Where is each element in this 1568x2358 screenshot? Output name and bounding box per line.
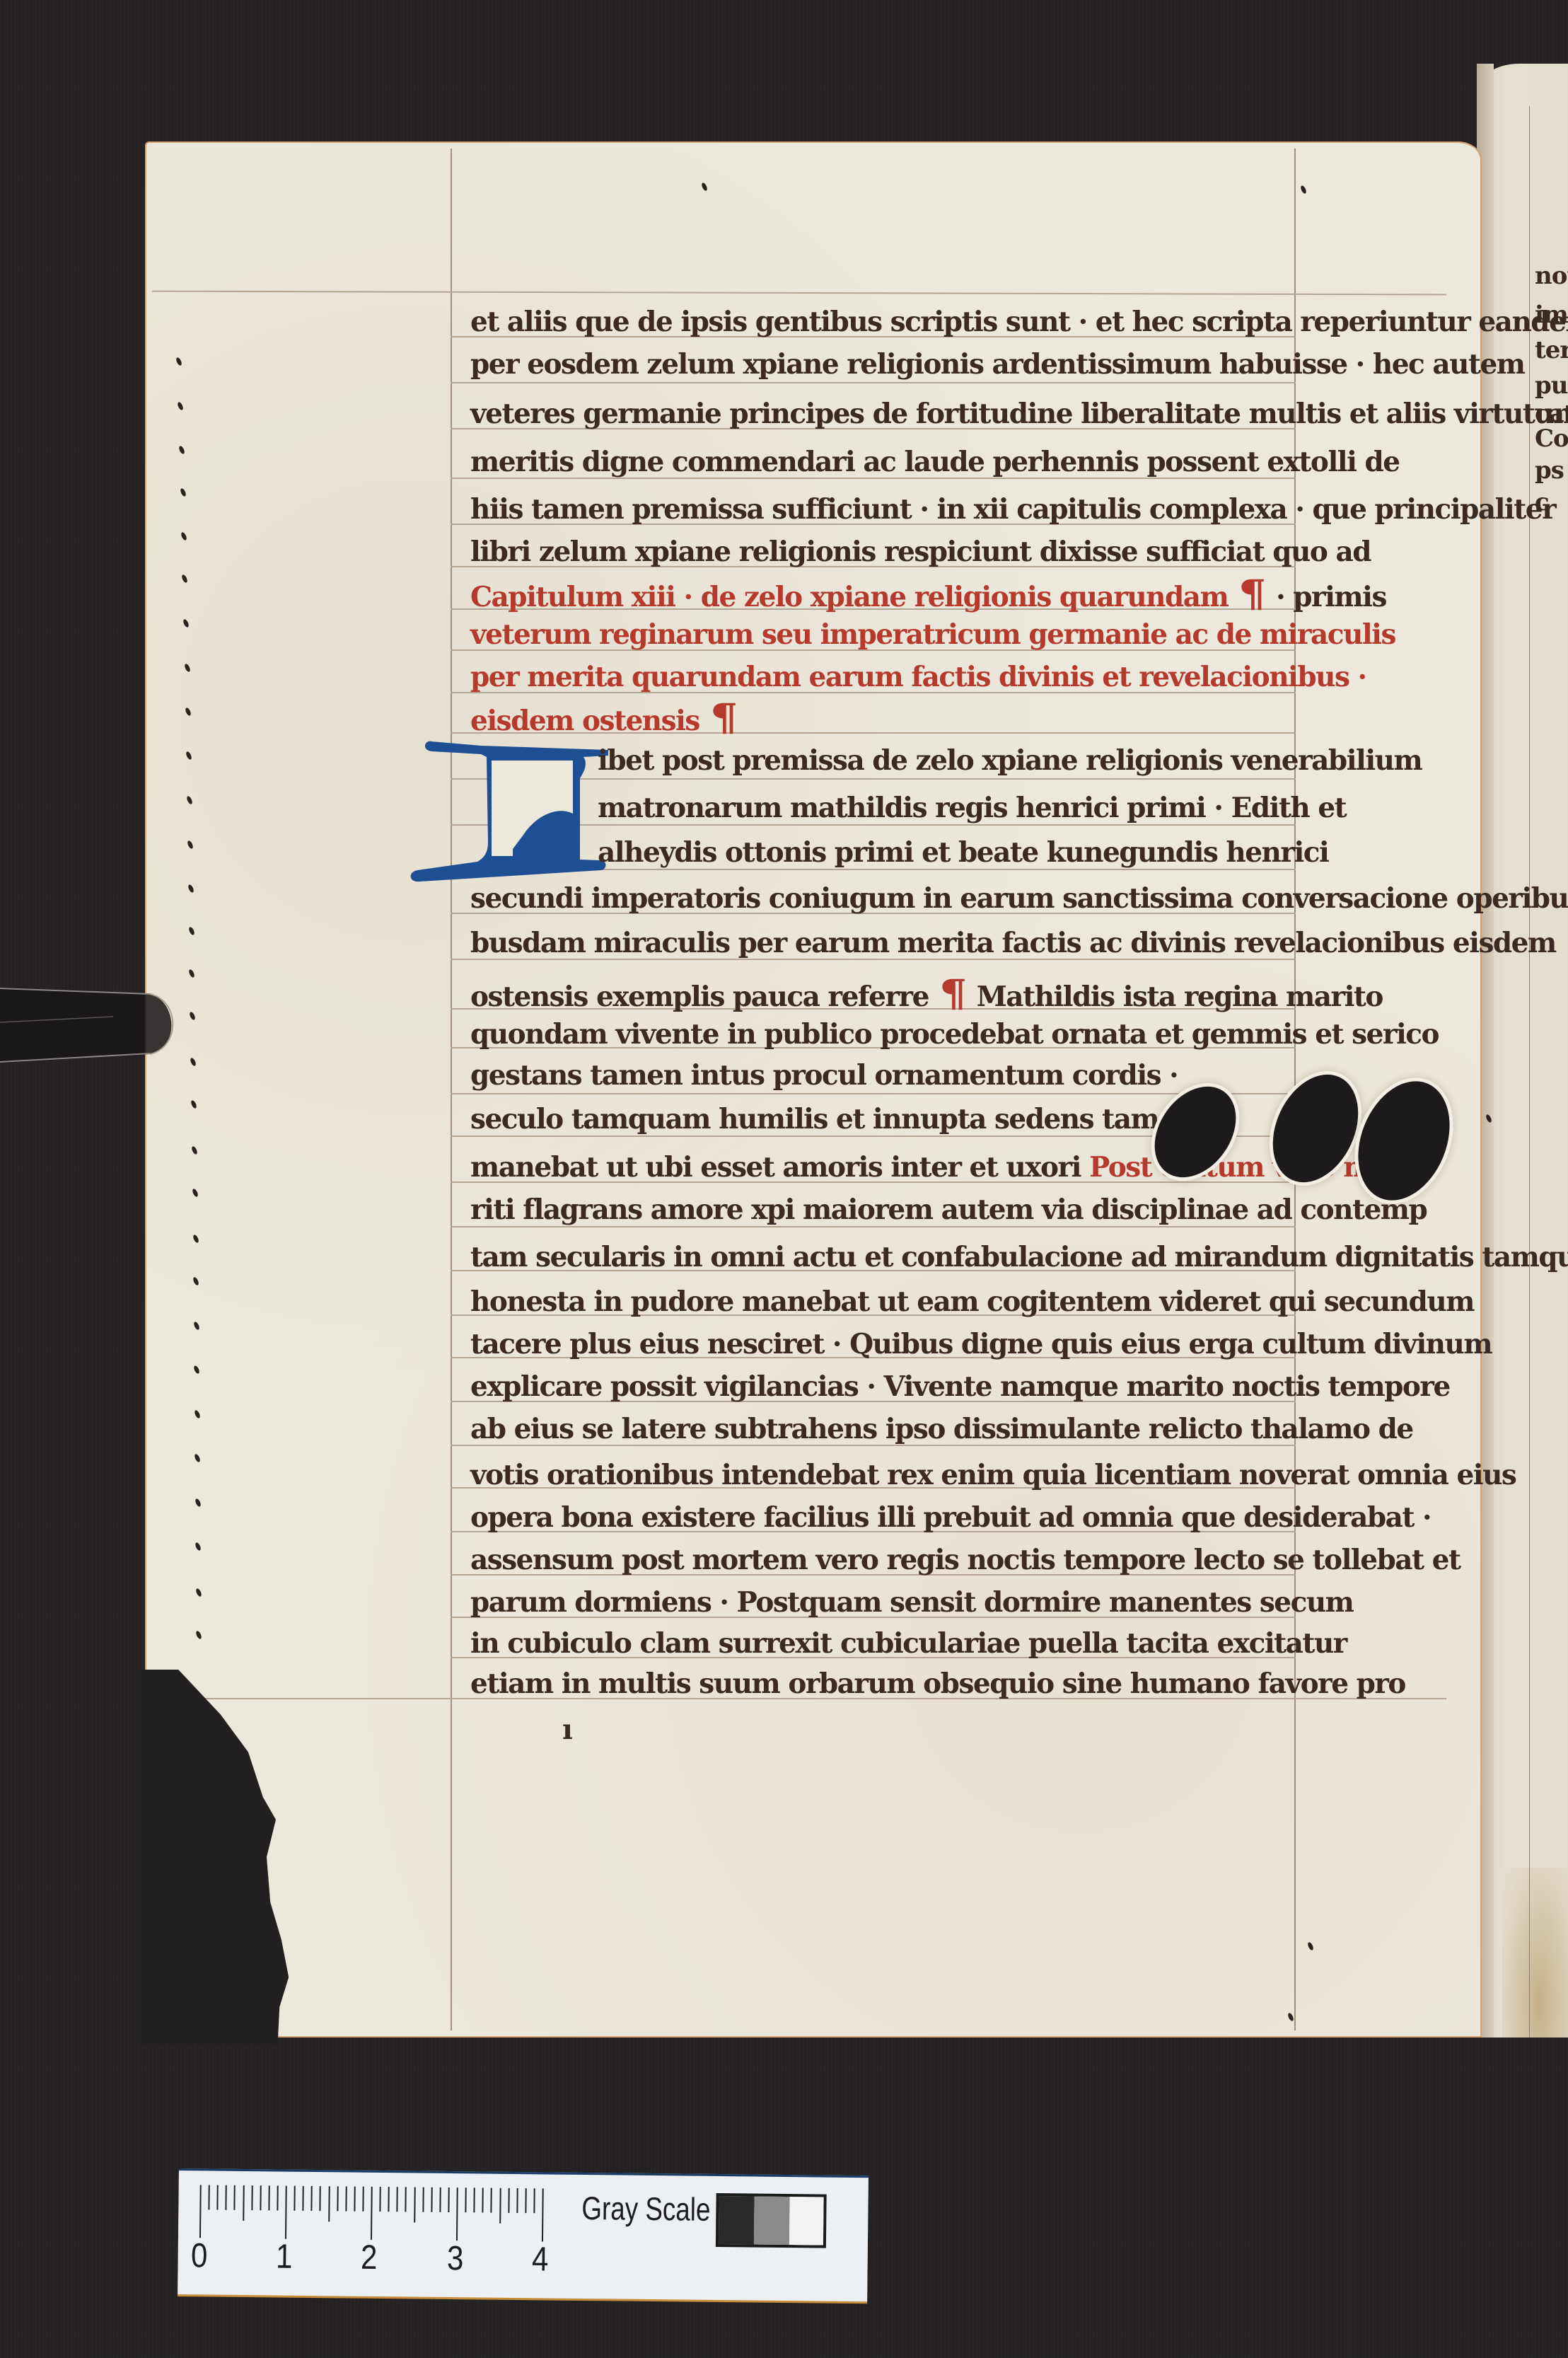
ruler-tick <box>448 2187 449 2212</box>
text-segment: Mathildis ista regina marito <box>977 981 1383 1013</box>
color-calibration-target: 0 1 2 3 4 Gray Scale <box>178 2168 869 2301</box>
paragraph-mark-icon: ¶ <box>939 976 966 1012</box>
text-line: busdam miraculis per earum merita factis… <box>470 925 1340 961</box>
paragraph-mark-icon: ¶ <box>710 700 737 736</box>
ruler-tick <box>294 2186 295 2211</box>
ruler-tick <box>431 2187 432 2212</box>
ruler-tick <box>465 2187 466 2212</box>
text-line: ab eius se latere subtrahens ipso dissim… <box>470 1411 1340 1447</box>
line-ruling <box>451 1093 1296 1094</box>
text-line: libri zelum xpiane religionis respiciunt… <box>470 534 1340 570</box>
ruler-tick <box>533 2188 535 2213</box>
ruler-tick <box>260 2185 261 2210</box>
text-line: tam secularis in omni actu et confabulac… <box>470 1239 1340 1275</box>
facing-fragment: ps <box>1535 456 1564 485</box>
ruler-tick <box>277 2185 278 2210</box>
ruler-tick <box>422 2187 424 2212</box>
ruler-tick <box>285 2186 287 2239</box>
ruler-tick <box>328 2186 330 2221</box>
text-line: riti flagrans amore xpi maiorem autem vi… <box>470 1192 1340 1227</box>
ruler-tick <box>371 2187 373 2240</box>
ruler-tick <box>516 2188 518 2213</box>
ruler-tick <box>405 2187 407 2212</box>
text-line: secundi imperatoris coniugum in earum sa… <box>470 881 1340 916</box>
text-line: ibet post premissa de zelo xpiane religi… <box>598 743 1340 778</box>
ruler-tick <box>303 2186 304 2211</box>
text-line: seculo tamquam humilis et innupta sedens… <box>470 1102 1163 1137</box>
ruler-tick <box>456 2187 458 2241</box>
ruler-tick <box>491 2188 492 2213</box>
rubric-text: eisdem ostensis <box>470 705 699 737</box>
ruler-label: 2 <box>361 2238 378 2277</box>
ruler-tick <box>199 2185 202 2238</box>
ruler-tick <box>320 2186 321 2211</box>
text-line: votis orationibus intendebat rex enim qu… <box>470 1457 1340 1493</box>
rubric-line: per merita quarundam earum factis divini… <box>470 659 1340 695</box>
ruler-label: 1 <box>276 2237 293 2276</box>
ruler-tick <box>499 2188 501 2224</box>
ruler-tick <box>388 2187 390 2212</box>
text-line: explicare possit vigilancias · Vivente n… <box>470 1369 1340 1404</box>
text-line: per eosdem zelum xpiane religionis arden… <box>470 347 1340 382</box>
text-line: gestans tamen intus procul ornamentum co… <box>470 1058 1178 1093</box>
gray-patch-mid <box>754 2197 790 2246</box>
facing-ruling <box>1529 106 1530 2038</box>
facing-fragment: noth <box>1535 262 1568 290</box>
ruler-tick <box>208 2185 209 2209</box>
ruler-tick <box>251 2185 252 2210</box>
text-line: et aliis que de ipsis gentibus scriptis … <box>470 304 1340 340</box>
text-line: tacere plus eius nesciret · Quibus digne… <box>470 1327 1340 1362</box>
text-line: matronarum mathildis regis henrici primi… <box>598 790 1340 826</box>
ruler-tick <box>379 2187 381 2212</box>
text-line: veteres germanie principes de fortitudin… <box>470 396 1340 432</box>
ruler-tick <box>311 2186 313 2211</box>
text-line: parum dormiens · Postquam sensit dormire… <box>470 1585 1340 1620</box>
ruler-tick <box>243 2185 245 2221</box>
ruler-tick <box>482 2187 484 2212</box>
ruler-tick <box>268 2185 269 2210</box>
facing-fragment: ter <box>1535 336 1568 364</box>
page-clip <box>0 980 184 1068</box>
gray-patch-dark <box>719 2196 755 2245</box>
ruler-tick <box>345 2186 347 2211</box>
text-line: honesta in pudore manebat ut eam cogiten… <box>470 1284 1340 1319</box>
text-line: meritis digne commendari ac laude perhen… <box>470 444 1340 480</box>
gray-scale-patches <box>716 2193 827 2248</box>
ruler-tick <box>439 2187 441 2212</box>
ruler-tick <box>525 2188 526 2213</box>
text-line: quondam vivente in publico procedebat or… <box>470 1017 1340 1052</box>
ruler-tick <box>474 2187 475 2212</box>
decorated-initial-L <box>403 736 608 888</box>
ruler-label: 4 <box>532 2240 549 2279</box>
ruler-tick <box>234 2185 236 2210</box>
text-line: etiam in multis suum orbarum obsequio si… <box>470 1666 1340 1701</box>
text-line: alheydis ottonis primi et beate kunegund… <box>598 835 1340 870</box>
ruler-tick <box>354 2187 355 2212</box>
scale-ruler <box>199 2185 554 2245</box>
rubric-line: veterum reginarum seu imperatricum germa… <box>470 617 1340 652</box>
text-line: opera bona existere facilius illi prebui… <box>470 1500 1340 1535</box>
ruler-tick <box>508 2188 509 2213</box>
text-line: ostensis exemplis pauca referre ¶ Mathil… <box>470 976 1340 1015</box>
text-line: assensum post mortem vero regis noctis t… <box>470 1542 1340 1578</box>
ruler-tick <box>542 2188 544 2241</box>
rubric-text: Capitulum xiii · de zelo xpiane religion… <box>470 581 1228 613</box>
text-line: hiis tamen premissa sufficiunt · in xii … <box>470 492 1340 527</box>
water-stain <box>1502 1868 1568 2038</box>
ruler-tick <box>397 2187 398 2212</box>
ruler-tick <box>414 2187 416 2222</box>
ruler-label: 0 <box>191 2236 208 2275</box>
line-ruling <box>451 382 1296 383</box>
text-segment: ostensis exemplis pauca referre <box>470 981 929 1013</box>
margin-mark: ı <box>562 1712 591 1747</box>
ruler-tick <box>226 2185 227 2210</box>
text-segment: manebat ut ubi esset amoris inter et uxo… <box>470 1151 1081 1184</box>
text-line: in cubiculo clam surrexit cubiculariae p… <box>470 1626 1340 1661</box>
gray-patch-light <box>789 2197 824 2245</box>
rubric-tail: · primis <box>1276 581 1386 613</box>
ruler-tick <box>217 2185 219 2210</box>
ruler-label: 3 <box>447 2238 464 2277</box>
facing-fragment: pu <box>1535 371 1568 400</box>
gray-scale-label: Gray Scale <box>581 2189 711 2229</box>
ruler-tick <box>337 2186 338 2211</box>
ruling-left <box>451 149 452 2030</box>
paragraph-mark-icon: ¶ <box>1238 577 1265 612</box>
ruler-tick <box>362 2187 364 2212</box>
rubric-line: Capitulum xiii · de zelo xpiane religion… <box>470 577 1340 615</box>
rubric-line: eisdem ostensis ¶ <box>470 700 1340 739</box>
